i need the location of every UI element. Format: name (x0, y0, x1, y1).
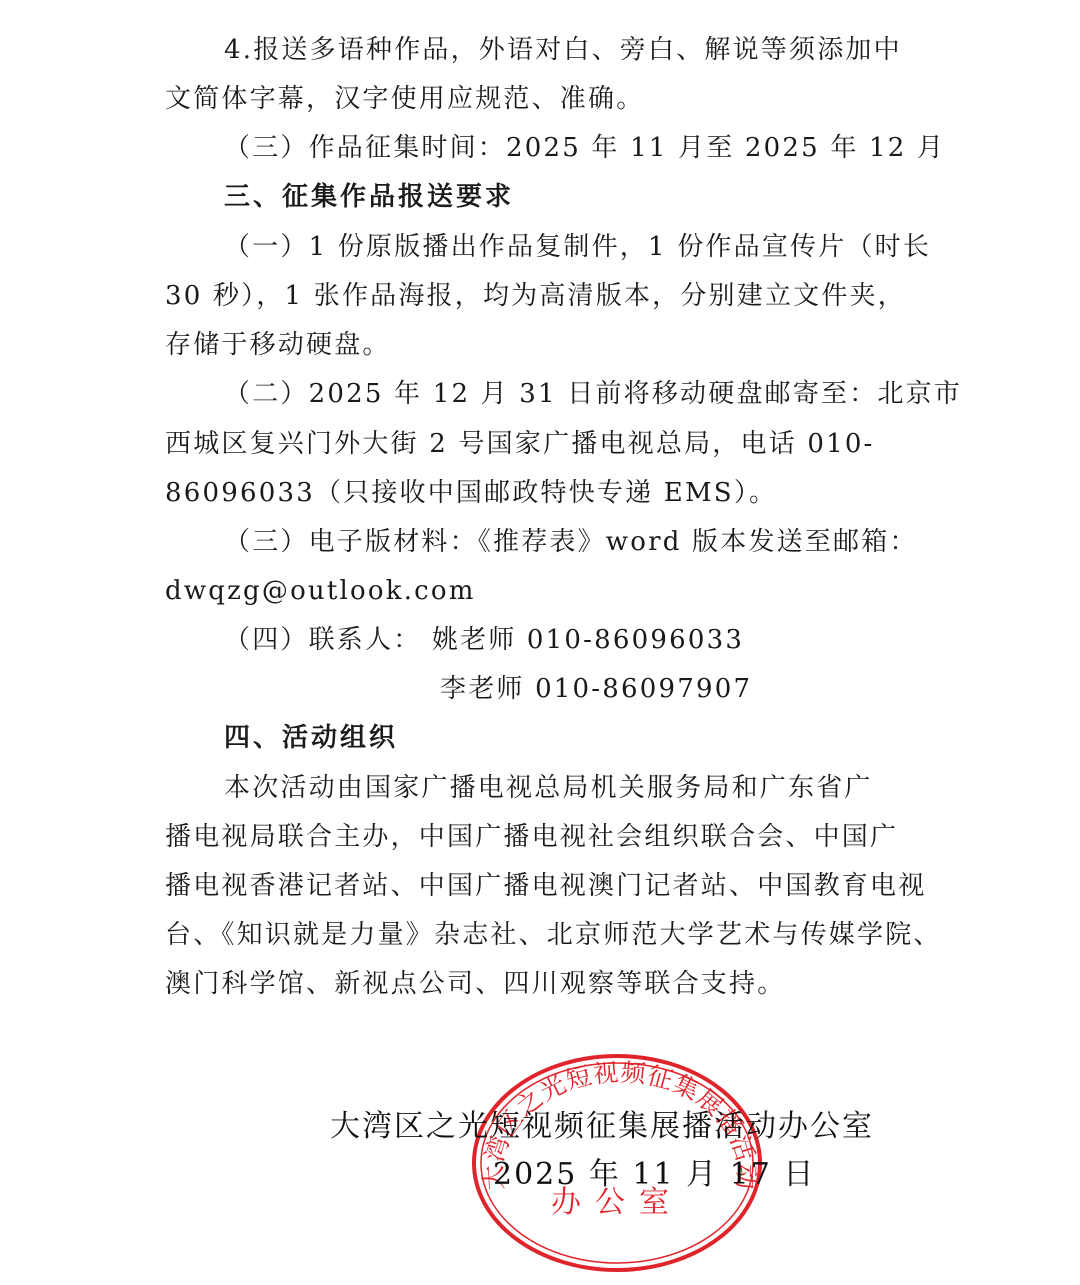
organization-line5: 澳门科学馆、新视点公司、四川观察等联合支持。 (165, 969, 917, 999)
requirement-2-line1: （二）2025 年 12 月 31 日前将移动硬盘邮寄至：北京市 (224, 379, 917, 409)
requirement-1-line2: 30 秒），1 张作品海报，均为高清版本，分别建立文件夹， (165, 281, 917, 311)
signature-date: 2025 年 11 月 17 日 (493, 1158, 815, 1192)
requirement-2-line2: 西城区复兴门外大街 2 号国家广播电视总局，电话 010- (165, 429, 917, 459)
paragraph-multilingual-line1: 4.报送多语种作品，外语对白、旁白、解说等须添加中 (224, 35, 917, 65)
requirement-3-line1: （三）电子版材料：《推荐表》word 版本发送至邮箱： (224, 527, 917, 557)
collection-time: （三）作品征集时间：2025 年 11 月至 2025 年 12 月 (224, 133, 917, 163)
document-page: 4.报送多语种作品，外语对白、旁白、解说等须添加中 文简体字幕，汉字使用应规范、… (0, 0, 1080, 1285)
section-heading-organization: 四、活动组织 (224, 723, 917, 753)
requirement-1-line1: （一）1 份原版播出作品复制件，1 份作品宣传片（时长 (224, 232, 917, 262)
email-address: dwqzg@outlook.com (165, 576, 917, 606)
organization-line4: 台、《知识就是力量》杂志社、北京师范大学艺术与传媒学院、 (165, 920, 917, 950)
contact-person-1: （四）联系人： 姚老师 010-86096033 (224, 625, 917, 655)
requirement-1-line3: 存储于移动硬盘。 (165, 330, 917, 360)
requirement-2-line3: 86096033（只接收中国邮政特快专递 EMS）。 (165, 478, 917, 508)
organization-line2: 播电视局联合主办，中国广播电视社会组织联合会、中国广 (165, 822, 917, 852)
organization-line1: 本次活动由国家广播电视总局机关服务局和广东省广 (224, 773, 917, 803)
contact-person-2: 李老师 010-86097907 (440, 674, 1080, 704)
organization-line3: 播电视香港记者站、中国广播电视澳门记者站、中国教育电视 (165, 871, 917, 901)
signature-organization: 大湾区之光短视频征集展播活动办公室 (330, 1110, 874, 1144)
paragraph-multilingual-line2: 文简体字幕，汉字使用应规范、准确。 (165, 84, 917, 114)
section-heading-submission-requirements: 三、征集作品报送要求 (224, 182, 917, 212)
